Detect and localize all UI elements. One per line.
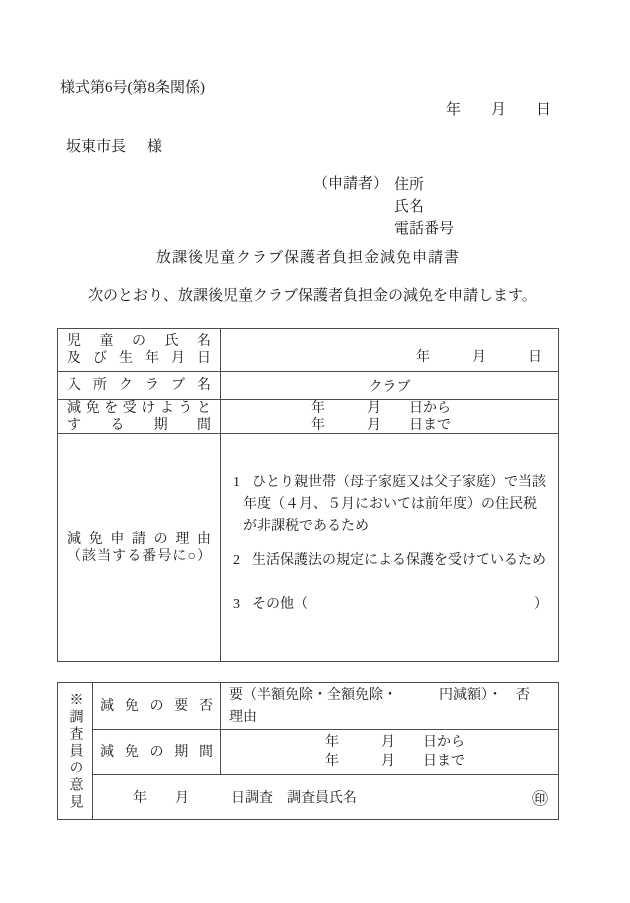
reason-label-cell: 減免申請の理由 （該当する番号に○） bbox=[58, 434, 221, 661]
reason-option-3: 3その他（ ） bbox=[233, 594, 548, 616]
application-date-blank: 年 月 日 bbox=[57, 100, 559, 120]
reason-option-3-left: 3その他（ bbox=[233, 594, 308, 616]
club-label: 入所クラブ名 bbox=[67, 377, 211, 394]
survey-side-note-cell: ※調査員の意見 bbox=[58, 683, 93, 819]
applicant-block: （申請者） 住所 氏名 電話番号 bbox=[313, 174, 454, 240]
survey-table: ※調査員の意見 減免の要否 要（半額免除・全額免除・ 円減額）・ 否 理由 減免… bbox=[57, 682, 559, 820]
row-child-name-birthdate: 児童の氏名 及び生年月日 年 月 日 bbox=[58, 329, 558, 371]
reason-option-2-number: 2 bbox=[233, 553, 240, 568]
decision-label-cell: 減免の要否 bbox=[93, 683, 221, 729]
reason-options-cell: 1ひとり親世帯（母子家庭又は父子家庭）で当該年度（４月、５月においては前年度）の… bbox=[221, 434, 558, 661]
period-label-line1: 減免を受けようと bbox=[67, 400, 211, 417]
applicant-phone-label: 電話番号 bbox=[394, 218, 454, 240]
club-label-cell: 入所クラブ名 bbox=[58, 372, 221, 399]
reason-option-3-number: 3 bbox=[233, 597, 240, 612]
row-exemption-decision: 減免の要否 要（半額免除・全額免除・ 円減額）・ 否 理由 bbox=[93, 683, 558, 729]
club-value-cell: クラブ bbox=[221, 372, 558, 399]
survey-rows: 減免の要否 要（半額免除・全額免除・ 円減額）・ 否 理由 減免の期間 年 月 … bbox=[93, 683, 558, 819]
reason-option-1-text: ひとり親世帯（母子家庭又は父子家庭）で当該年度（４月、５月においては前年度）の住… bbox=[243, 475, 546, 534]
decision-label: 減免の要否 bbox=[100, 698, 213, 715]
period-value-cell: 年 月 日から 年 月 日まで bbox=[221, 400, 558, 433]
intro-sentence: 次のとおり、放課後児童クラブ保護者負担金の減免を申請します。 bbox=[88, 286, 537, 306]
decision-options: 要（半額免除・全額免除・ 円減額）・ 否 bbox=[229, 685, 550, 707]
child-name-label-line1: 児童の氏名 bbox=[67, 333, 211, 350]
row-survey-signature: 年 月 日調査 調査員氏名 ㊞ bbox=[93, 774, 558, 819]
decision-value-cell: 要（半額免除・全額免除・ 円減額）・ 否 理由 bbox=[221, 683, 558, 729]
club-name-blank: クラブ bbox=[369, 376, 411, 396]
form-page: 様式第6号(第8条関係) 年 月 日 坂東市長 様 （申請者） 住所 氏名 電話… bbox=[0, 0, 630, 903]
period-label-line2: する期間 bbox=[67, 417, 211, 434]
reason-option-1: 1ひとり親世帯（母子家庭又は父子家庭）で当該年度（４月、５月においては前年度）の… bbox=[233, 472, 548, 538]
form-number: 様式第6号(第8条関係) bbox=[60, 78, 205, 98]
seal-mark-icon: ㊞ bbox=[532, 786, 548, 809]
period-label-cell: 減免を受けようと する期間 bbox=[58, 400, 221, 433]
addressee-name: 坂東市長 bbox=[66, 137, 126, 157]
survey-date-and-investigator-blank: 年 月 日調査 調査員氏名 bbox=[133, 787, 357, 807]
main-table: 児童の氏名 及び生年月日 年 月 日 入所クラブ名 クラブ 減免を受けようと す… bbox=[57, 328, 559, 662]
reason-option-2: 2生活保護法の規定による保護を受けているため bbox=[233, 550, 548, 572]
applicant-name-label: 氏名 bbox=[394, 196, 454, 218]
decided-period-label: 減免の期間 bbox=[100, 744, 213, 761]
row-club-name: 入所クラブ名 クラブ bbox=[58, 371, 558, 399]
reason-label-line1: 減免申請の理由 bbox=[67, 531, 211, 548]
survey-side-note: ※調査員の意見 bbox=[58, 692, 93, 811]
row-decided-period: 減免の期間 年 月 日から 年 月 日まで bbox=[93, 729, 558, 774]
period-to-blank: 年 月 日まで bbox=[311, 417, 558, 434]
document-title: 放課後児童クラブ保護者負担金減免申請書 bbox=[57, 248, 559, 268]
applicant-label: （申請者） bbox=[313, 174, 388, 240]
decided-period-label-cell: 減免の期間 bbox=[93, 730, 221, 774]
period-from-blank: 年 月 日から bbox=[311, 400, 558, 417]
reason-option-3-close-paren: ） bbox=[534, 594, 548, 616]
addressee-line: 坂東市長 様 bbox=[66, 137, 162, 157]
applicant-address-label: 住所 bbox=[394, 174, 454, 196]
child-name-label-cell: 児童の氏名 及び生年月日 bbox=[58, 329, 221, 371]
row-exemption-reason: 減免申請の理由 （該当する番号に○） 1ひとり親世帯（母子家庭又は父子家庭）で当… bbox=[58, 433, 558, 661]
reason-option-1-number: 1 bbox=[233, 475, 240, 490]
decided-period-value-cell: 年 月 日から 年 月 日まで bbox=[221, 730, 558, 774]
birthdate-blank: 年 月 日 bbox=[416, 346, 542, 366]
child-name-label-line2: 及び生年月日 bbox=[67, 350, 211, 367]
decision-reason-label: 理由 bbox=[229, 707, 550, 729]
decided-period-from-blank: 年 月 日から bbox=[325, 733, 558, 752]
decided-period-to-blank: 年 月 日まで bbox=[325, 752, 558, 771]
row-exemption-period: 減免を受けようと する期間 年 月 日から 年 月 日まで bbox=[58, 399, 558, 433]
addressee-honorific: 様 bbox=[147, 137, 162, 157]
reason-label-line2: （該当する番号に○） bbox=[67, 548, 211, 565]
child-name-value-cell: 年 月 日 bbox=[221, 329, 558, 371]
applicant-fields: 住所 氏名 電話番号 bbox=[394, 174, 454, 240]
reason-option-2-text: 生活保護法の規定による保護を受けているため bbox=[252, 553, 546, 568]
reason-option-3-text: その他（ bbox=[252, 597, 308, 612]
